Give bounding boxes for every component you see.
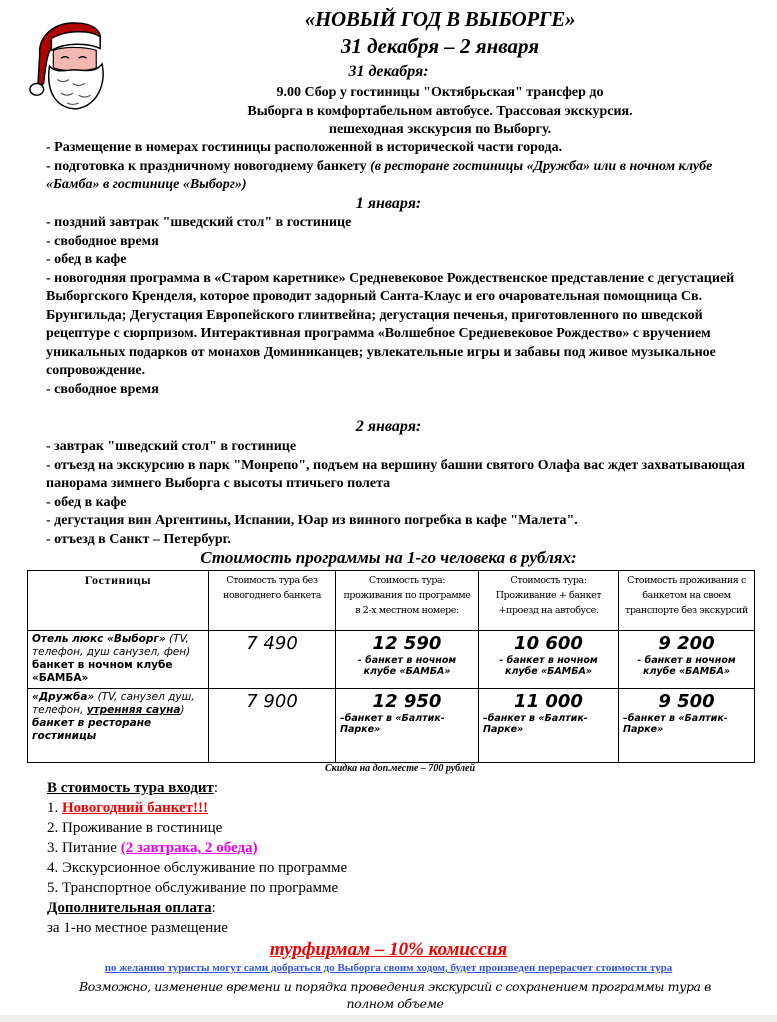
item-number: 3. bbox=[47, 840, 62, 856]
item-text: - подготовка к праздничному новогоднему … bbox=[46, 159, 370, 174]
day3-heading: 2 января: bbox=[0, 417, 777, 437]
price-value: 11 000 bbox=[483, 691, 614, 713]
table-row: «Дружба» (TV, санузел душ, телефон, утре… bbox=[28, 689, 755, 763]
price-cell: 7 490 bbox=[209, 631, 336, 689]
column-header: Стоимость проживания с банкетом на своем… bbox=[619, 571, 755, 631]
price-value: 7 490 bbox=[213, 633, 331, 655]
banquet-highlight[interactable]: Новогодний банкет!!! bbox=[62, 800, 208, 816]
list-item: - Размещение в номерах гостиницы располо… bbox=[46, 139, 766, 158]
day2-heading: 1 января: bbox=[0, 194, 777, 214]
include-item: 5. Транспортное обслуживание по программ… bbox=[47, 878, 347, 898]
item-text: Питание bbox=[62, 840, 121, 856]
table-row: Отель люкс «Выборг» (TV, телефон, душ са… bbox=[28, 631, 755, 689]
list-item: - новогодняя программа в «Старом каретни… bbox=[46, 270, 766, 381]
day1-intro: 9.00 Сбор у гостиницы "Октябрьская" тран… bbox=[220, 84, 660, 140]
include-item: 2. Проживание в гостинице bbox=[47, 818, 347, 838]
heading-colon: : bbox=[212, 900, 216, 916]
item-text: Экскурсионное обслуживание по программе bbox=[62, 860, 347, 876]
hotel-sauna: утренняя сауна bbox=[87, 704, 181, 716]
table-header-row: Гостиницы Стоимость тура без новогоднего… bbox=[28, 571, 755, 631]
intro-line: Выборга в комфортабельном автобусе. Трас… bbox=[220, 103, 660, 122]
price-table-title: Стоимость программы на 1-го человека в р… bbox=[0, 548, 777, 568]
extra-item: за 1-но местное размещение bbox=[47, 918, 347, 938]
hotel-banquet: банкет в ресторане гостиницы bbox=[32, 717, 151, 742]
intro-line: пешеходная экскурсия по Выборгу. bbox=[220, 121, 660, 140]
price-cell: 10 600- банкет в ночном клубе «БАМБА» bbox=[479, 631, 619, 689]
price-value: 12 590 bbox=[340, 633, 474, 655]
hotel-banquet: банкет в ночном клубе «БАМБА» bbox=[32, 659, 172, 684]
column-header: Стоимость тура без новогоднего банкета bbox=[209, 571, 336, 631]
item-number: 2. bbox=[47, 820, 62, 836]
page-edge bbox=[0, 1015, 777, 1022]
intro-line: 9.00 Сбор у гостиницы "Октябрьская" тран… bbox=[220, 84, 660, 103]
includes-section: В стоимость тура входит: 1. Новогодний б… bbox=[47, 778, 347, 938]
price-cell: 9 500–банкет в «Балтик-Парке» bbox=[619, 689, 755, 763]
day2-items: - поздний завтрак "шведский стол" в гост… bbox=[46, 214, 766, 399]
item-text: Проживание в гостинице bbox=[62, 820, 222, 836]
agency-commission[interactable]: турфирмам – 10% комиссия bbox=[0, 939, 777, 961]
list-item: - обед в кафе bbox=[46, 494, 766, 513]
meals-highlight[interactable]: (2 завтрака, 2 обеда) bbox=[121, 840, 258, 856]
price-note: –банкет в «Балтик-Парке» bbox=[623, 713, 750, 735]
item-number: 1. bbox=[47, 800, 62, 816]
price-cell: 12 590- банкет в ночном клубе «БАМБА» bbox=[336, 631, 479, 689]
list-item: - поздний завтрак "шведский стол" в гост… bbox=[46, 214, 766, 233]
price-cell: 9 200- банкет в ночном клубе «БАМБА» bbox=[619, 631, 755, 689]
price-note: - банкет в ночном клубе «БАМБА» bbox=[623, 655, 750, 677]
includes-heading: В стоимость тура входит bbox=[47, 780, 214, 796]
list-item: - отъезд в Санкт – Петербург. bbox=[46, 531, 766, 550]
includes-heading-line: В стоимость тура входит: bbox=[47, 778, 347, 798]
column-header: Стоимость тура: проживания по программе … bbox=[336, 571, 479, 631]
price-note: –банкет в «Балтик-Парке» bbox=[483, 713, 614, 735]
price-note: –банкет в «Балтик-Парке» bbox=[340, 713, 474, 735]
hotel-cell: «Дружба» (TV, санузел душ, телефон, утре… bbox=[28, 689, 209, 763]
item-number: 5. bbox=[47, 880, 62, 896]
self-travel-link[interactable]: по желанию туристы могут сами добраться … bbox=[0, 962, 777, 974]
item-text: Транспортное обслуживание по программе bbox=[62, 880, 338, 896]
include-item: 4. Экскурсионное обслуживание по програм… bbox=[47, 858, 347, 878]
document-title: «НОВЫЙ ГОД В ВЫБОРГЕ» bbox=[200, 7, 680, 31]
day3-items: - завтрак "шведский стол" в гостинице - … bbox=[46, 438, 766, 549]
price-value: 9 200 bbox=[623, 633, 750, 655]
column-header: Гостиницы bbox=[28, 571, 209, 631]
price-value: 7 900 bbox=[213, 691, 331, 713]
list-item: - завтрак "шведский стол" в гостинице bbox=[46, 438, 766, 457]
hotel-amenities-end: ) bbox=[180, 704, 184, 716]
price-value: 10 600 bbox=[483, 633, 614, 655]
heading-colon: : bbox=[214, 780, 218, 796]
hotel-name: «Дружба» bbox=[32, 691, 94, 703]
include-item: 3. Питание (2 завтрака, 2 обеда) bbox=[47, 838, 347, 858]
hotel-name: Отель люкс «Выборг» bbox=[32, 633, 166, 645]
disclaimer: Возможно, изменение времени и порядка пр… bbox=[60, 978, 730, 1012]
list-item: - свободное время bbox=[46, 381, 766, 400]
list-item: - отъезд на экскурсию в парк "Монрепо", … bbox=[46, 457, 766, 494]
day1-items: - Размещение в номерах гостиницы располо… bbox=[46, 139, 766, 195]
price-value: 9 500 bbox=[623, 691, 750, 713]
price-cell: 7 900 bbox=[209, 689, 336, 763]
list-item: - обед в кафе bbox=[46, 251, 766, 270]
price-note: - банкет в ночном клубе «БАМБА» bbox=[483, 655, 614, 677]
price-table: Гостиницы Стоимость тура без новогоднего… bbox=[27, 570, 755, 763]
price-cell: 11 000–банкет в «Балтик-Парке» bbox=[479, 689, 619, 763]
tour-dates: 31 декабря – 2 января bbox=[200, 33, 680, 59]
price-note: - банкет в ночном клубе «БАМБА» bbox=[340, 655, 474, 677]
list-item: - подготовка к праздничному новогоднему … bbox=[46, 158, 766, 195]
list-item: - свободное время bbox=[46, 233, 766, 252]
extra-heading-line: Дополнительная оплата: bbox=[47, 898, 347, 918]
item-number: 4. bbox=[47, 860, 62, 876]
include-item: 1. Новогодний банкет!!! bbox=[47, 798, 347, 818]
day1-heading: 31 декабря: bbox=[0, 62, 777, 82]
price-value: 12 950 bbox=[340, 691, 474, 713]
price-cell: 12 950–банкет в «Балтик-Парке» bbox=[336, 689, 479, 763]
hotel-cell: Отель люкс «Выборг» (TV, телефон, душ са… bbox=[28, 631, 209, 689]
extra-payment-heading: Дополнительная оплата bbox=[47, 900, 212, 916]
discount-note: Скидка на доп.месте – 700 рублей bbox=[200, 763, 600, 774]
list-item: - дегустация вин Аргентины, Испании, Юар… bbox=[46, 512, 766, 531]
column-header: Стоимость тура: Проживание + банкет +про… bbox=[479, 571, 619, 631]
